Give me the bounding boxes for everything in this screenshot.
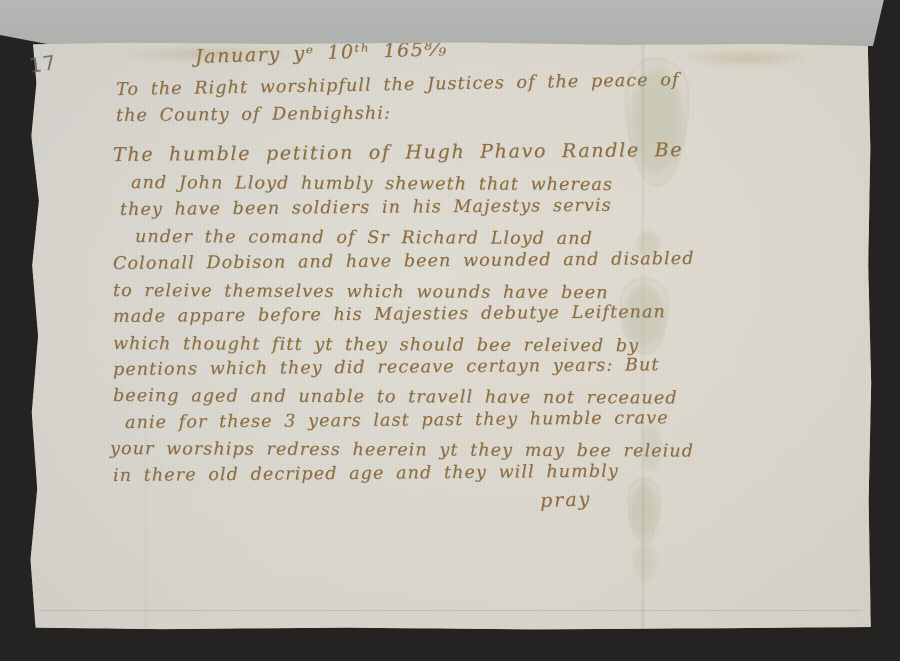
petition-closing: pray bbox=[540, 488, 592, 512]
manuscript-page: January yᵉ 10ᵗʰ 165⁸⁄₉ To the Right wors… bbox=[28, 42, 872, 630]
petition-line: which thought fitt yt they should bee re… bbox=[113, 334, 639, 356]
backing-sheet bbox=[0, 0, 900, 46]
petition-line: and John Lloyd humbly sheweth that where… bbox=[131, 173, 613, 195]
stain-top-right bbox=[676, 49, 816, 67]
manuscript-scan: January yᵉ 10ᵗʰ 165⁸⁄₉ To the Right wors… bbox=[0, 0, 900, 661]
folio-number: 17 bbox=[27, 50, 58, 78]
petition-line: anie for these 3 years last past they hu… bbox=[125, 408, 669, 433]
petition-line: Colonall Dobison and have been wounded a… bbox=[113, 249, 695, 274]
petition-line: pentions which they did receave certayn … bbox=[113, 355, 660, 380]
petition-line: to releive themselves which wounds have … bbox=[113, 281, 609, 303]
petition-line: they have been soldiers in his Majestys … bbox=[120, 196, 612, 220]
petition-line: made appare before his Majesties debutye… bbox=[113, 302, 666, 327]
petition-line: your worships redress heerein yt they ma… bbox=[110, 439, 694, 462]
petition-line: beeing aged and unable to travell have n… bbox=[113, 386, 678, 408]
petition-line: in there old decriped age and they will … bbox=[113, 462, 619, 486]
stain-blot bbox=[628, 478, 660, 542]
address-line-1: To the Right worshipfull the Justices of… bbox=[116, 70, 680, 100]
vertical-crease bbox=[145, 432, 147, 630]
vertical-fold-line bbox=[642, 42, 644, 630]
address-line-2: the County of Denbighshi: bbox=[116, 104, 391, 126]
horizontal-fold-line bbox=[38, 610, 862, 611]
stain-blot bbox=[632, 540, 658, 584]
petition-line: under the comand of Sr Richard Lloyd and bbox=[135, 227, 593, 249]
petition-line: The humble petition of Hugh Phavo Randle… bbox=[113, 139, 683, 166]
